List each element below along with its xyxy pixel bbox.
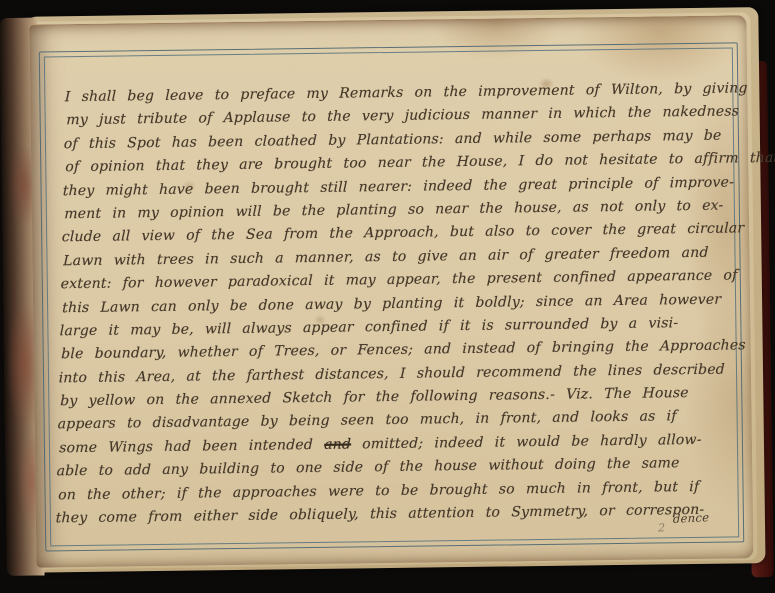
struck-word: and — [324, 436, 351, 452]
manuscript-photo: I shall beg leave to preface my Remarks … — [0, 0, 775, 593]
line-text: omitted; indeed it would be hardly allow… — [351, 432, 702, 453]
pencil-page-number: 2 — [658, 521, 665, 534]
catchword: dence — [672, 510, 709, 526]
open-book: I shall beg leave to preface my Remarks … — [0, 0, 775, 593]
manuscript-page: I shall beg leave to preface my Remarks … — [29, 15, 753, 567]
line-text: some Wings had been intended — [59, 437, 324, 456]
handwritten-text-block: I shall beg leave to preface my Remarks … — [55, 80, 741, 533]
